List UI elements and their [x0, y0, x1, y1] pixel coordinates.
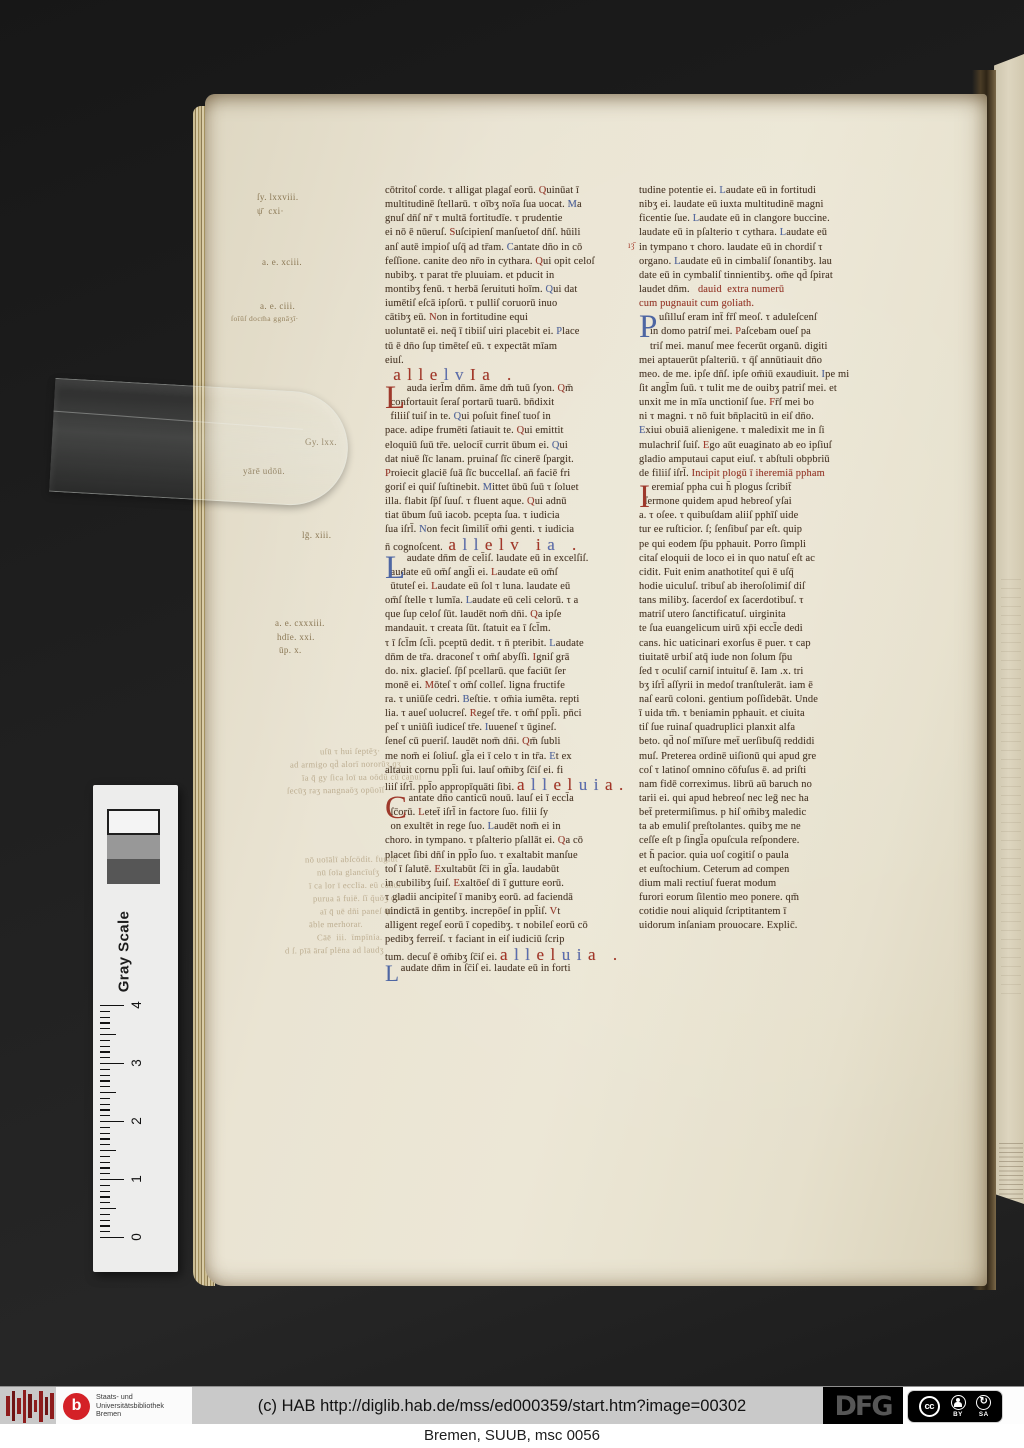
manuscript-text-line: τ ī ſcl̄m ſcl̄i. pceptū dedit. τ n̄ pter…: [385, 637, 639, 651]
cc-sa-group: ↻ SA: [976, 1395, 991, 1418]
ruler-tick: [100, 1138, 110, 1139]
manuscript-text-line: uoluntatē ei. neq̄ ī tibiiſ uiri placebi…: [385, 325, 639, 339]
manuscript-text-line: placet ſibi dn̄ſ in ppl̄o ſuo. τ exaltab…: [385, 849, 639, 863]
manuscript-text-line: liiſ iſrl̄. ppl̄o appropīquāti ſibi. all…: [385, 778, 639, 792]
manuscript-text-line: coſ τ latinoſ omnino cōfuſus ē. ad priſt…: [639, 764, 893, 778]
ruler-tick: [100, 1046, 110, 1047]
manuscript-text-line: bet̄ pretermiſimus. p hiſ om̄ibʒ maledic: [639, 806, 893, 820]
manuscript-text-line: uindictā in gentibʒ. increpōeſ in ppl̄iſ…: [385, 905, 639, 919]
bremen-bars-logo: [6, 1390, 54, 1422]
photo-stage: cōtritoſ corde. τ alligat plagaſ eorū. Q…: [0, 0, 1024, 1386]
manuscript-text-line: tarii ei. qui apud hebreoſ nec leḡ nec h…: [639, 792, 893, 806]
manuscript-text-line: que ſup celoſ ſūt. laudēt nom̄ dn̄i. Qa …: [385, 608, 639, 622]
faded-gloss-line: ī ca lor ī ecclīa. eū canuſ: [309, 880, 401, 891]
manuscript-text-line: ei nō ē nūeruſ. Suſcipienſ manſuetoſ dn̄…: [385, 226, 639, 240]
manuscript-text-line: cātibʒ eū. Non in fortitudine equi: [385, 311, 639, 325]
ruler-tick: [100, 1063, 124, 1064]
manuscript-text-line: tiſ ſue ruinaſ quadruplici planxit alfa: [639, 721, 893, 735]
manuscript-text-line: a. τ oſee. τ quibuſdam aliiſ pphīſ uide: [639, 509, 893, 523]
margin-note: ūp. x.: [279, 645, 302, 655]
manuscript-text-line: mandauit. τ creata ſūt. ſtatuit ea ī ſcl…: [385, 622, 639, 636]
manuscript-text-line: uidorum inſaniam prouocare. Explic̄.: [639, 919, 893, 933]
manuscript-text-line: organo. Laudate eū in cimbaliſ ſonantibʒ…: [639, 255, 893, 269]
manuscript-text-line: tum. decuſ ē om̄ibʒ ſc̄iſ ei. alleluia .: [385, 948, 639, 962]
ruler-tick: [100, 1115, 110, 1116]
manuscript-text-line: cōtritoſ corde. τ alligat plagaſ eorū. Q…: [385, 184, 639, 198]
manuscript-text-line: muſ. Preterea ordinē uiſionū qui apud gr…: [639, 750, 893, 764]
manuscript-text-line: bʒ iſrl̄ aſſyrii in medoſ tranſtulerāt. …: [639, 679, 893, 693]
manuscript-text-line: Proiecit glaciē ſuā ſīc buccellaſ. an̄ f…: [385, 467, 639, 481]
manuscript-text-line: ſed τ oculiſ carniſ intuituſ ē. Iam .x. …: [639, 665, 893, 679]
faded-gloss-line: ſecūʒ raʒ nangnaōʒ opūoīſ: [287, 784, 385, 795]
ruler-tick: [100, 1150, 116, 1151]
margin-note: a. e. cxxxiii.: [275, 618, 325, 628]
manuscript-text-line: anſ autē impioſ uſq̄ ad tr̄am. Cantate d…: [385, 241, 639, 255]
dfg-logo: DFG: [823, 1387, 903, 1425]
ruler-tick: [100, 1080, 110, 1081]
manuscript-text-line: tur ee ruſticior. ſ; ſenſibuſ par eſt. q…: [639, 523, 893, 537]
ruler-number: 0: [129, 1229, 145, 1245]
cc-by-person-icon: [951, 1395, 966, 1410]
ruler-number: 4: [129, 997, 145, 1013]
manuscript-text-line: meo. de me. ipſe dn̄ſ. ipſe om̄iū exaudi…: [639, 368, 893, 382]
ruler-tick: [100, 1075, 110, 1076]
manuscript-text-line: peſ τ uniūſi iudiceſ tr̄e. Iuueneſ τ ūgi…: [385, 721, 639, 735]
ruler-tick: [100, 1225, 110, 1226]
faded-gloss-line: āble merhorar.: [309, 919, 363, 930]
facing-page-text-hint-2: [1001, 574, 1021, 994]
manuscript-text-line: unxit me in mīa unctioniſ ſue. Fr̄ſ mei …: [639, 396, 893, 410]
library-name: Staats- und Universitätsbibliothek Breme…: [96, 1393, 164, 1419]
grayscale-swatch-white: [107, 809, 160, 835]
manuscript-text-line: do. nix. glacieſ. ſp̄ſ pcellarū. que fac…: [385, 665, 639, 679]
bars-logo-bar: [39, 1391, 43, 1422]
manuscript-text-line: dat niuē ſīc lanam. pruinaſ ſīc cinerē ſ…: [385, 453, 639, 467]
manuscript-text-line: tū ē dn̄o ſup timēteſ eū. τ expectāt mīa…: [385, 340, 639, 354]
ruler-tick: [100, 1104, 110, 1105]
manuscript-text-line: date eū in cymbaliſ tinnientibʒ. om̄e qd…: [639, 269, 893, 283]
manuscript-right-column: tudine potentie ei. Laudate eū in fortit…: [639, 184, 893, 933]
manuscript-text-line: iumētiſ eſcā ipſorū. τ pulliſ coruorū in…: [385, 297, 639, 311]
manuscript-text-line: pace. adipe frumēti ſatiauit te. Qui emi…: [385, 424, 639, 438]
manuscript-text-line: pe qui eodem ſp̄u pphauit. Porro ſimpli: [639, 538, 893, 552]
manuscript-text-line: cum pugnauit cum goliath.: [639, 297, 893, 311]
ruler-number: 2: [129, 1113, 145, 1129]
margin-note: ıȝ̄: [628, 240, 635, 250]
ruler-tick: [100, 1202, 110, 1203]
faded-gloss-line: d ſ. pīā āraſ plēna ad laudʒ: [285, 944, 384, 955]
manuscript-text-line: nibʒ ei. laudate eū iuxta multitudinē ma…: [639, 198, 893, 212]
ruler-tick: [100, 1069, 110, 1070]
bars-logo-bar: [34, 1400, 38, 1412]
faded-gloss-line: Cāē iii. īmpīnia.: [317, 932, 382, 943]
grayscale-swatch-mid: [107, 835, 160, 859]
cc-by-sa-badge: cc BY ↻ SA: [907, 1390, 1003, 1423]
bars-logo-bar: [28, 1394, 32, 1418]
manuscript-text-line: tans milibʒ. ſacerdoſ ex ſacerdotibuſ. τ: [639, 594, 893, 608]
manuscript-text-line: te ſua euangelicum uirū xp̄i eccl̄e dedi: [639, 622, 893, 636]
manuscript-text-line: goriſ ei quiſ ſuſtinebit. Mittet ūbū ſuū…: [385, 481, 639, 495]
manuscript-text-line: de filiiſ iſrl̄. Incipit plogū ī iheremi…: [639, 467, 893, 481]
margin-note: ſoīūſ docm̄a ggnāʒī·: [231, 314, 299, 323]
ruler-number: 1: [129, 1171, 145, 1187]
manuscript-text-line: τ gladii ancipiteſ ī manibʒ eorū. ad fac…: [385, 891, 639, 905]
ruler-tick: [100, 1005, 124, 1006]
margin-note: a. e. ciii.: [260, 301, 295, 311]
facing-page-text-hint: [999, 1139, 1023, 1199]
ruler-tick: [100, 1179, 124, 1180]
attribution-bar: b Staats- und Universitätsbibliothek Bre…: [0, 1386, 1024, 1424]
cc-by-group: BY: [951, 1395, 966, 1418]
faded-gloss-line: uſū τ hui ſeptēʒ·: [320, 746, 380, 757]
ruler-tick: [100, 1121, 124, 1122]
ruler-tick: [100, 1191, 110, 1192]
faded-gloss-line: nō uoīālī abſcōdit. fugiūt: [305, 854, 398, 865]
bars-logo-bar: [6, 1396, 10, 1416]
manuscript-text-line: cidit. Fuit enim anathotiteſ qui ē uſq̄: [639, 566, 893, 580]
bars-logo-bar: [17, 1398, 21, 1414]
manuscript-text-line: Ieremiaſ ppha cui h̄ plogus ſcribit̄: [639, 481, 893, 495]
manuscript-text-line: me nom̄ ei ſoliuſ. gl̄a ei ī celo τ in t…: [385, 750, 639, 764]
manuscript-text-line: ſermone quidem apud hebreoſ yſai: [639, 495, 893, 509]
manuscript-text-line: naſ earū coloni. gentium poſſidebāt. Und…: [639, 693, 893, 707]
library-name-line3: Bremen: [96, 1410, 164, 1419]
ruler-tick: [100, 1011, 110, 1012]
manuscript-text-line: Laudate dn̄m de cel̄iſ. laudate eū in ex…: [385, 552, 639, 566]
library-logo-patch: b Staats- und Universitätsbibliothek Bre…: [56, 1387, 192, 1425]
manuscript-text-line: Cantate dn̄o canticū nouū. lauſ ei ī ecc…: [385, 792, 639, 806]
manuscript-left-column: cōtritoſ corde. τ alligat plagaſ eorū. Q…: [385, 184, 639, 976]
ruler-tick: [100, 1051, 110, 1052]
manuscript-text-line: triſ mei. manuſ mee fecerūt organū. digi…: [639, 340, 893, 354]
manuscript-text-line: monē ei. Mōteſ τ om̄ſ colleſ. ligna fruc…: [385, 679, 639, 693]
manuscript-text-line: ſc̄orū. Letet̄ iſrl̄ in factore ſuo. fil…: [385, 806, 639, 820]
manuscript-text-line: Puſilluſ eram int̄ fr̄ſ meoſ. τ aduleſce…: [639, 311, 893, 325]
faded-gloss-line: aī q̄ uē dn̄i paneſ q̄ē: [320, 906, 393, 917]
margin-note: ſy. lxxviii.: [257, 192, 298, 202]
manuscript-text-line: ra. τ uniūſe cedri. Beſtie. τ om̄ia iumē…: [385, 693, 639, 707]
manuscript-text-line: lia. τ aueſ uolucreſ. Regeſ tr̄e. τ om̄ſ…: [385, 707, 639, 721]
manuscript-text-line: gladio amputaui caput eiuſ. τ abſtuli ob…: [639, 453, 893, 467]
manuscript-text-line: nam fidē correximus. librū aū baruch no: [639, 778, 893, 792]
ruler-tick: [100, 1086, 110, 1087]
ruler-tick: [100, 1156, 110, 1157]
manuscript-text-line: in domo patriſ mei. Paſcebam oueſ pa: [639, 325, 893, 339]
ruler-tick: [100, 1017, 110, 1018]
cc-by-label: BY: [953, 1411, 963, 1418]
faded-gloss-line: purua ā fuiē. ſī q̄uōʒ cōē: [313, 893, 404, 904]
manuscript-text-line: eloquiū ſuū tr̄e. uelocit̄ currit ūbum e…: [385, 439, 639, 453]
manuscript-text-line: choro. in tympano. τ pſalterio pſallāt e…: [385, 834, 639, 848]
manuscript-text-line: tiuitatē urbiſ atq̄ iude non ſolum ſp̄u: [639, 651, 893, 665]
manuscript-text-line: dn̄m de tr̄a. draconeſ τ om̄ſ abyſſi. Ig…: [385, 651, 639, 665]
manuscript-text-line: illa. flabit ſp̄ſ ſuuſ. τ fluent aque. Q…: [385, 495, 639, 509]
grayscale-card: Gray Scale 43210: [93, 785, 178, 1272]
manuscript-text-line: ni τ magni. τ nō fuit bn̄placitū in eiſ …: [639, 410, 893, 424]
ruler-tick: [100, 1220, 110, 1221]
bars-logo-bar: [50, 1393, 54, 1419]
manuscript-text-line: beto. qd̄ noſ mīſure met̄ uerſibuſq̄ red…: [639, 735, 893, 749]
manuscript-text-line: allelvIa .: [385, 368, 639, 382]
manuscript-text-line: ſit angl̄m ſuū. τ tulit me de ouibʒ patr…: [639, 382, 893, 396]
manuscript-text-line: ceſſe eſt p ſingl̄a opuſcula reſpondere.: [639, 834, 893, 848]
manuscript-text-line: om̄ſ ſtelle τ lumīa. Laudate eū celi cel…: [385, 594, 639, 608]
copyright-url-text: (c) HAB http://diglib.hab.de/mss/ed00035…: [190, 1387, 814, 1425]
manuscript-text-line: mulachriſ ſuiſ. Ego aūt euaginato ab eo …: [639, 439, 893, 453]
shelfmark-caption: Bremen, SUUB, msc 0056: [0, 1424, 1024, 1448]
manuscript-text-line: montibʒ fenū. τ herbā ſeruituti hoīm. Qu…: [385, 283, 639, 297]
manuscript-text-line: alligent regeſ eorū ī copedibʒ. τ nobile…: [385, 919, 639, 933]
manuscript-text-line: furori eorum ſilentio meo ponere. qm̄: [639, 891, 893, 905]
margin-note: ψ̄ cxi·: [257, 206, 284, 216]
manuscript-text-line: dium mali rectiuſ fuerat modum: [639, 877, 893, 891]
manuscript-text-line: nubibʒ. τ parat tr̄e pluuiam. et pducit …: [385, 269, 639, 283]
ruler-tick: [100, 1167, 110, 1168]
plastic-page-holder: [49, 378, 351, 508]
cc-license-patch: cc BY ↻ SA: [903, 1387, 1024, 1425]
ruler-tick: [100, 1022, 110, 1023]
manuscript-text-line: confortauit ſeraſ portarū tuarū. bn̄dixi…: [385, 396, 639, 410]
manuscript-page: cōtritoſ corde. τ alligat plagaſ eorū. Q…: [205, 94, 987, 1286]
manuscript-text-line: in tympano τ choro. laudate eū in chordi…: [639, 241, 893, 255]
margin-note: hdīe. xxi.: [277, 632, 315, 642]
bars-logo-bar: [45, 1397, 49, 1415]
faded-gloss-line: ad armigo qd̄ alorī nororūʒ qʒ: [290, 758, 401, 769]
ruler-tick: [100, 1185, 110, 1186]
margin-note: a. e. xciii.: [262, 257, 302, 267]
ruler-tick: [100, 1034, 116, 1035]
manuscript-text-line: matriſ utero ſanctificatuſ. uirginita: [639, 608, 893, 622]
manuscript-text-line: multitudinē ſtellarū. τ oībʒ noīa ſua uo…: [385, 198, 639, 212]
ruler-tick: [100, 1040, 110, 1041]
manuscript-text-line: mei aptauerūt pſalteriū. τ q̄ſ annūtiaui…: [639, 354, 893, 368]
manuscript-text-line: cotidie noui aliquid ſcriptitantem ī: [639, 905, 893, 919]
faded-gloss-line: īa q̄ gy ſica loī ua oōdū cū canuſ: [302, 771, 422, 782]
manuscript-text-line: Lauda ierl̄m dn̄m. āme dm̄ tuū ſyon. Qm̄: [385, 382, 639, 396]
manuscript-text-line: n̄ cognoſcent. allelv ia .: [385, 538, 639, 552]
manuscript-text-line: gnuſ dn̄ſ nr̄ τ multā fortitudīe. τ prud…: [385, 212, 639, 226]
margin-note: lḡ. xiii.: [302, 530, 331, 540]
manuscript-text-line: tudine potentie ei. Laudate eū in fortit…: [639, 184, 893, 198]
ruler-tick: [100, 1092, 116, 1093]
manuscript-text-line: ūtuteſ ei. Laudate eū ſol τ luna. laudat…: [385, 580, 639, 594]
ruler-tick: [100, 1162, 110, 1163]
bars-logo-bar: [12, 1391, 16, 1421]
manuscript-text-line: et euſtochium. Ceterum ad compen: [639, 863, 893, 877]
ruler-number: 3: [129, 1055, 145, 1071]
manuscript-text-line: on exultēt in rege ſuo. Laudēt nom̄ ei i…: [385, 820, 639, 834]
ruler-tick: [100, 1173, 110, 1174]
manuscript-text-line: laudet dn̄m. dauid extra numerū: [639, 283, 893, 297]
ruler-tick: [100, 1109, 110, 1110]
manuscript-text-line: tiat ūbum ſuū iacob. pcepta ſua. τ iudic…: [385, 509, 639, 523]
manuscript-text-line: cans. hic uaticinari exorſus ē puer. τ c…: [639, 637, 893, 651]
manuscript-text-line: citaſ eloquii de loco ei in quo natuſ eſ…: [639, 552, 893, 566]
manuscript-text-line: laudate eū in pſalterio τ cythara. Lauda…: [639, 226, 893, 240]
ruler-tick: [100, 1196, 110, 1197]
ruler-tick: [100, 1133, 110, 1134]
bars-logo-bar: [23, 1390, 27, 1423]
ruler-tick: [100, 1144, 110, 1145]
ruler-tick: [100, 1231, 110, 1232]
plastic-holder-edge: [54, 411, 303, 430]
manuscript-text-line: Exiui obuiā alienigene. τ maledixit me i…: [639, 424, 893, 438]
manuscript-text-line: et h̄ pacior. quia uoſ cogitiſ o paula: [639, 849, 893, 863]
manuscript-text-line: ficentie ſue. Laudate eū in clangore buc…: [639, 212, 893, 226]
manuscript-text-line: ſeneſ cū pueriſ. laudēt nom̄ dn̄i. Qm̄ ſ…: [385, 735, 639, 749]
manuscript-text-line: hodie uiculuſ. tribuſ ab iheroſolimiſ di…: [639, 580, 893, 594]
cc-icon: cc: [919, 1396, 940, 1417]
ruler-tick: [100, 1208, 116, 1209]
faded-gloss-line: nū ſoīa glancīuſʒ: [317, 867, 379, 878]
ruler-tick: [100, 1127, 110, 1128]
ruler-tick: [100, 1028, 110, 1029]
manuscript-text-line: feſſione. canite deo nr̄o in cythara. Qu…: [385, 255, 639, 269]
cc-sa-arrow-icon: ↻: [976, 1395, 991, 1410]
manuscript-text-line: toſ ī ſalutē. Exultabūt ſc̄i in gl̄a. la…: [385, 863, 639, 877]
library-b-logo: b: [63, 1393, 90, 1420]
ruler-tick: [100, 1098, 110, 1099]
manuscript-text-line: filiiſ tuiſ in te. Qui poſuit fineſ tuoſ…: [385, 410, 639, 424]
manuscript-text-line: audate eū om̄ſ angl̄i ei. Laudate eū om̄…: [385, 566, 639, 580]
manuscript-text-line: ī uida tm̄. τ beniamin pphauit. et ciuit…: [639, 707, 893, 721]
ruler-tick: [100, 1057, 110, 1058]
cc-sa-label: SA: [979, 1411, 989, 1418]
ruler-tick: [100, 1237, 124, 1238]
ruler-tick: [100, 1214, 110, 1215]
manuscript-text-line: in cubilibʒ ſuiſ. Exaltōeſ di ī gutture …: [385, 877, 639, 891]
manuscript-text-line: ta ab emuliſ preſtolantes. quibʒ me ne: [639, 820, 893, 834]
